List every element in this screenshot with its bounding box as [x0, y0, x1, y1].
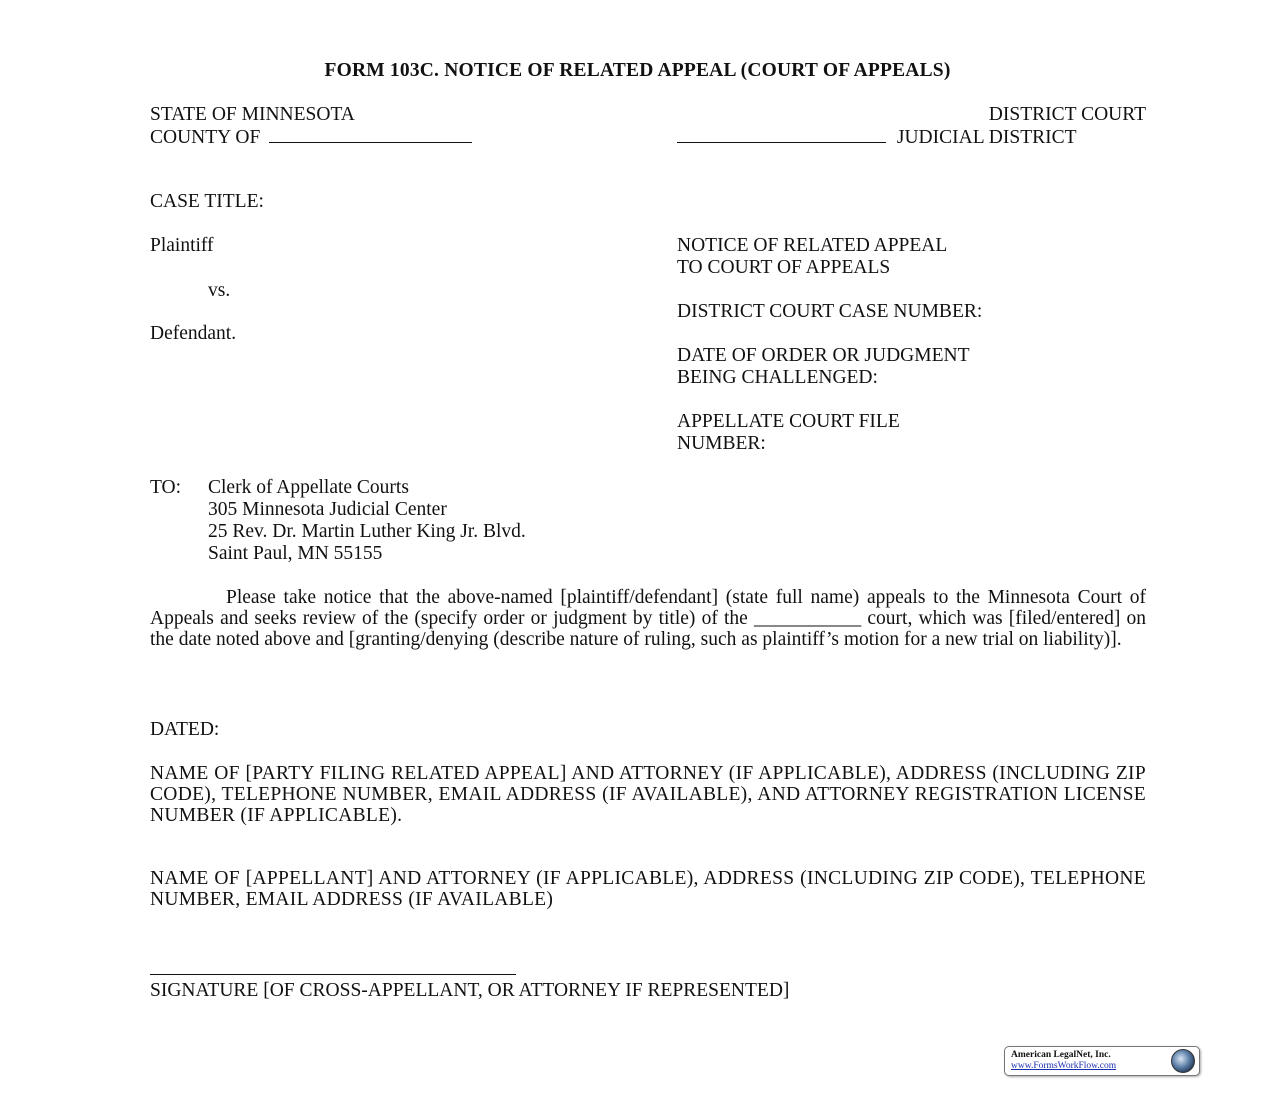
- district-label: JUDICIAL DISTRICT: [897, 127, 1077, 148]
- website-link[interactable]: www.FormsWorkFlow.com: [1011, 1061, 1116, 1071]
- signature-line: [150, 960, 516, 975]
- order-date-label-line-2: BEING CHALLENGED:: [677, 367, 878, 389]
- party-filing-block: NAME OF [PARTY FILING RELATED APPEAL] AN…: [150, 764, 1146, 826]
- state-label: STATE OF MINNESOTA: [150, 104, 355, 126]
- address-line: Saint Paul, MN 55155: [208, 543, 382, 565]
- defendant-label: Defendant.: [150, 323, 236, 345]
- to-label: TO:: [150, 477, 181, 499]
- case-number-label: DISTRICT COURT CASE NUMBER:: [677, 301, 982, 323]
- globe-icon: [1171, 1049, 1195, 1073]
- county-field: COUNTY OF: [150, 126, 472, 149]
- notice-paragraph: Please take notice that the above-named …: [150, 588, 1146, 650]
- order-date-label-line-1: DATE OF ORDER OR JUDGMENT: [677, 345, 970, 367]
- company-name: American LegalNet, Inc.: [1011, 1050, 1111, 1060]
- file-number-label-line-1: APPELLATE COURT FILE: [677, 411, 900, 433]
- address-line: 305 Minnesota Judicial Center: [208, 499, 447, 521]
- county-label: COUNTY OF: [150, 127, 260, 148]
- court-label: DISTRICT COURT: [989, 104, 1146, 126]
- notice-heading-line-2: TO COURT OF APPEALS: [677, 257, 890, 279]
- address-line: Clerk of Appellate Courts: [208, 477, 409, 499]
- county-blank-line: [269, 126, 472, 143]
- form-title: FORM 103C. NOTICE OF RELATED APPEAL (COU…: [0, 60, 1275, 82]
- district-field: JUDICIAL DISTRICT: [677, 126, 1077, 149]
- address-line: 25 Rev. Dr. Martin Luther King Jr. Blvd.: [208, 521, 526, 543]
- plaintiff-label: Plaintiff: [150, 235, 214, 257]
- vs-label: vs.: [208, 280, 230, 302]
- dated-label: DATED:: [150, 719, 219, 741]
- appellant-block: NAME OF [APPELLANT] AND ATTORNEY (IF APP…: [150, 869, 1146, 911]
- case-title-label: CASE TITLE:: [150, 191, 264, 213]
- signature-label: SIGNATURE [OF CROSS-APPELLANT, OR ATTORN…: [150, 980, 789, 1002]
- file-number-label-line-2: NUMBER:: [677, 433, 766, 455]
- american-legalnet-logo[interactable]: American LegalNet, Inc. www.FormsWorkFlo…: [1004, 1046, 1200, 1076]
- notice-heading-line-1: NOTICE OF RELATED APPEAL: [677, 235, 947, 257]
- district-blank-line: [677, 126, 886, 143]
